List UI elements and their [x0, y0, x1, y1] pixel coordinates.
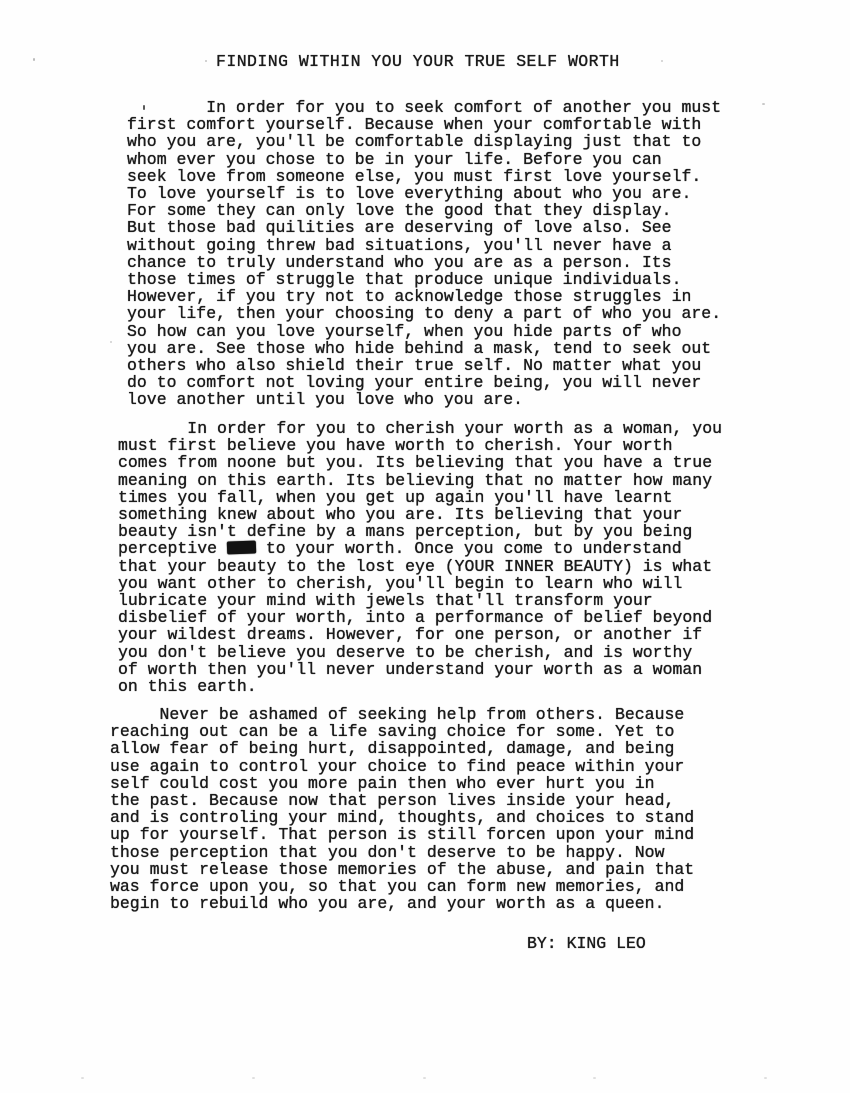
byline: BY: KING LEO	[527, 935, 646, 952]
scan-speck	[81, 1077, 84, 1079]
scan-speck	[205, 60, 207, 62]
scan-speck	[252, 1077, 255, 1079]
paragraph-2-text-before-redaction: In order for you to cherish your worth a…	[118, 419, 722, 558]
paragraph-seeking-help: Never be ashamed of seeking help from ot…	[110, 706, 694, 912]
scan-speck	[33, 58, 35, 61]
scan-speck	[593, 1077, 596, 1079]
scan-speck	[110, 341, 112, 343]
document-title: FINDING WITHIN YOU YOUR TRUE SELF WORTH	[216, 53, 620, 70]
scan-speck	[423, 1077, 426, 1079]
paragraph-worth-as-woman: In order for you to cherish your worth a…	[118, 420, 722, 695]
paragraph-2-text-after-redaction: to your worth. Once you come to understa…	[118, 539, 712, 696]
scan-speck	[661, 60, 663, 62]
scan-speck	[143, 105, 145, 110]
document-page: FINDING WITHIN YOU YOUR TRUE SELF WORTH …	[0, 0, 850, 1093]
redacted-word	[227, 541, 256, 555]
scan-speck	[764, 1077, 767, 1079]
paragraph-self-comfort: In order for you to seek comfort of anot…	[127, 99, 721, 409]
scan-speck	[762, 103, 765, 105]
